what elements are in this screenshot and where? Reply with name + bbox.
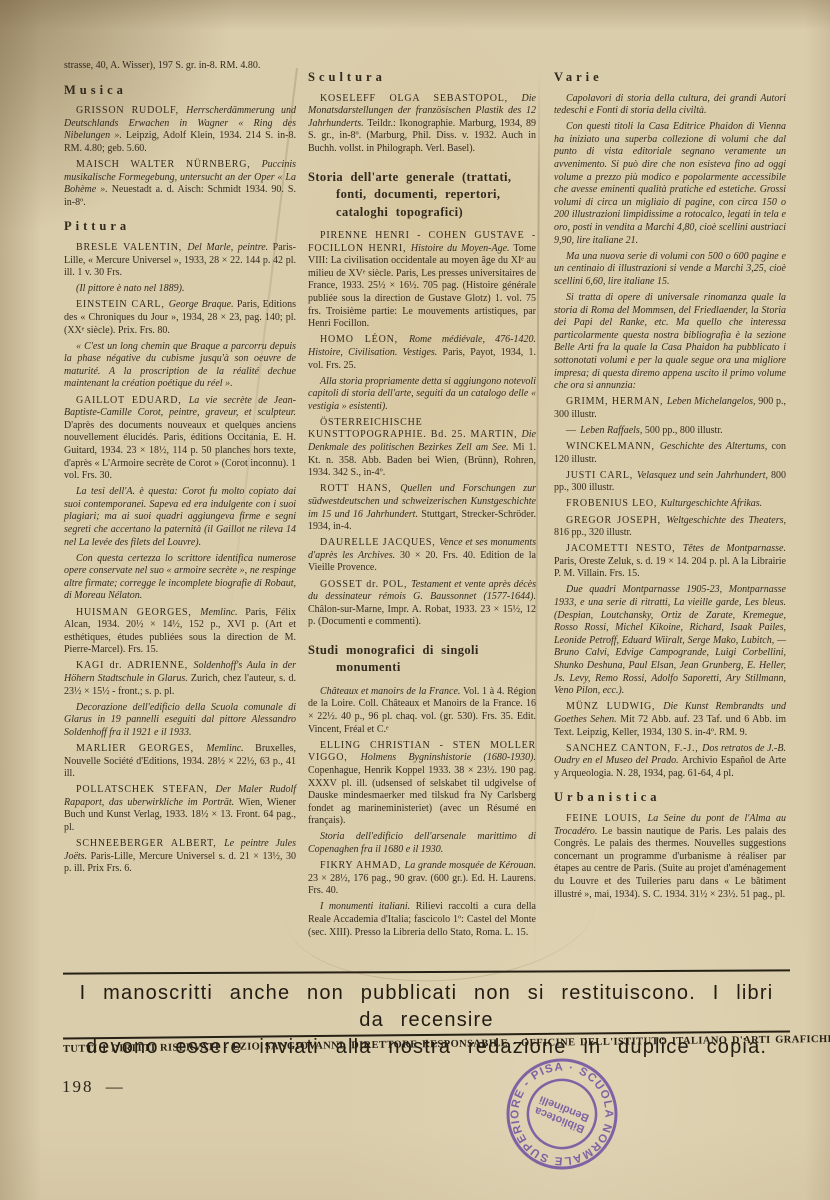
note-paragraph: (Il pittore è nato nel 1889).	[64, 283, 296, 296]
bib-entry: SANCHEZ CANTON, F.-J., Dos retratos de J…	[554, 743, 786, 781]
entry-author: BRESLE VALENTIN,	[76, 242, 187, 253]
bib-entry: SCHNEEBERGER ALBERT, Le peintre Jules Jo…	[64, 838, 296, 876]
entry-details: Paris-Lille, Mercure Universel s. d. 21 …	[64, 851, 296, 875]
entry-author: KAGI dr. ADRIENNE,	[76, 660, 193, 671]
section-heading: Studi monografici di singoli monumenti	[308, 642, 536, 677]
bib-entry: BRESLE VALENTIN, Del Marle, peintre. Par…	[64, 242, 296, 280]
bib-entry: JACOMETTI NESTO, Têtes de Montparnasse. …	[554, 543, 786, 581]
entry-author: POLLATSCHEK STEFAN,	[76, 784, 215, 795]
bib-entry: MAISCH WALTER NÜRNBERG, Puccinis musikal…	[64, 159, 296, 209]
entry-author: GAILLOT EDUARD,	[76, 395, 189, 406]
entry-title: Velasquez und sein Jahrhundert,	[637, 470, 771, 481]
entry-details: Copenhague, Henrik Koppel 1933. 38 × 23½…	[308, 765, 536, 826]
bib-entry: GAILLOT EDUARD, La vie secrète de Jean-B…	[64, 395, 296, 483]
entry-author: SCHNEEBERGER ALBERT,	[76, 838, 224, 849]
bib-entry: POLLATSCHEK STEFAN, Der Maler Rudolf Rap…	[64, 784, 296, 834]
note-paragraph: Ma una nuova serie di volumi con 500 o 6…	[554, 251, 786, 289]
entry-title: Weltgeschichte des Theaters,	[666, 515, 786, 526]
entry-title: Memlinc.	[206, 743, 255, 754]
bib-entry: WINCKELMANN, Geschichte des Altertums, c…	[554, 441, 786, 466]
entry-author: MARLIER GEORGES,	[76, 743, 206, 754]
bib-entry: ELLING CHRISTIAN - STEN MOLLER VIGGO, Ho…	[308, 740, 536, 828]
entry-details: Paris, Oreste Zeluk, s. d. 19 × 14. 204 …	[554, 556, 786, 580]
entry-author: SANCHEZ CANTON, F.-J.,	[566, 743, 702, 754]
scanned-journal-page: strasse, 40, A. Wisser), 197 S. gr. in-8…	[0, 0, 830, 1200]
continuation-paragraph: strasse, 40, A. Wisser), 197 S. gr. in-8…	[64, 60, 296, 73]
column-left: strasse, 40, A. Wisser), 197 S. gr. in-8…	[64, 60, 296, 943]
bib-entry: MÜNZ LUDWIG, Die Kunst Rembrandts und Go…	[554, 701, 786, 739]
entry-details: Tome VIII: La civilisation occidentale a…	[308, 243, 536, 330]
entry-title: George Braque.	[169, 299, 237, 310]
column-middle: SculturaKOSELEFF OLGA SEBASTOPOL, Die Mo…	[308, 60, 536, 943]
entry-author: FEINE LOUIS,	[566, 813, 648, 824]
text-columns: strasse, 40, A. Wisser), 197 S. gr. in-8…	[64, 60, 786, 943]
note-paragraph: La tesi dell'A. è questa: Corot fu molto…	[64, 486, 296, 549]
section-heading: Scultura	[308, 71, 536, 84]
note-paragraph: Decorazione dell'edificio della Scuola c…	[64, 702, 296, 740]
entry-author: GRISSON RUDOLF,	[76, 105, 186, 116]
bib-entry: HUISMAN GEORGES, Memlinc. Paris, Félix A…	[64, 607, 296, 657]
bib-entry: GRIMM, HERMAN, Leben Michelangelos, 900 …	[554, 396, 786, 421]
bib-entry: PIRENNE HENRI - COHEN GUSTAVE - FOCILLON…	[308, 230, 536, 331]
page-number: 198 —	[62, 1077, 125, 1097]
entry-author: HOMO LÉON,	[320, 334, 409, 345]
entry-author: ROTT HANS,	[320, 483, 400, 494]
section-heading: Storia dell'arte generale (trattati, fon…	[308, 169, 536, 222]
bib-entry: KAGI dr. ADRIENNE, Soldenhoff's Aula in …	[64, 660, 296, 698]
entry-author: DAURELLE JACQUES,	[320, 537, 439, 548]
note-paragraph: Capolavori di storia della cultura, dei …	[554, 93, 786, 118]
entry-author: MAISCH WALTER NÜRNBERG,	[76, 159, 262, 170]
column-right: VarieCapolavori di storia della cultura,…	[554, 60, 786, 943]
bib-entry: HOMO LÉON, Rome médiévale, 476-1420. His…	[308, 334, 536, 372]
entry-author: EINSTEIN CARL,	[76, 299, 169, 310]
note-paragraph: Con questi titoli la Casa Editrice Phaid…	[554, 121, 786, 247]
entry-title: Têtes de Montparnasse.	[683, 543, 786, 554]
entry-title: Leben Michelangelos,	[667, 396, 758, 407]
bib-entry: KOSELEFF OLGA SEBASTOPOL, Die Monatsdars…	[308, 93, 536, 156]
entry-author: MÜNZ LUDWIG,	[566, 701, 663, 712]
entry-title: Histoire du Moyen-Age.	[411, 243, 513, 254]
entry-title: Del Marle, peintre.	[187, 242, 272, 253]
note-paragraph: Due quadri Montparnasse 1905-23, Montpar…	[554, 584, 786, 697]
bib-entry: MARLIER GEORGES, Memlinc. Bruxelles, Nou…	[64, 743, 296, 781]
entry-author: JUSTI CARL,	[566, 470, 637, 481]
entry-details: 816 pp., 320 illustr.	[554, 527, 632, 538]
entry-author: GRIMM, HERMAN,	[566, 396, 667, 407]
bib-entry: — Leben Raffaels, 500 pp., 800 illustr.	[554, 425, 786, 438]
entry-author: KOSELEFF OLGA SEBASTOPOL,	[320, 93, 522, 104]
note-paragraph: Con questa certezza lo scrittore identif…	[64, 553, 296, 603]
entry-author: FROBENIUS LEO,	[566, 498, 661, 509]
bib-entry: ROTT HANS, Quellen und Forschungen zur s…	[308, 483, 536, 533]
bib-entry: GOSSET dr. POL, Testament et vente après…	[308, 579, 536, 629]
note-paragraph: Si tratta di opere di universale rinoman…	[554, 292, 786, 393]
bib-entry: Châteaux et manoirs de la France. Vol. 1…	[308, 686, 536, 736]
entry-author: JACOMETTI NESTO,	[566, 543, 683, 554]
entry-title: Holmens Bygninshistorie (1680-1930).	[361, 752, 536, 763]
entry-author: HUISMAN GEORGES,	[76, 607, 200, 618]
entry-title: Geschichte des Altertums,	[660, 441, 772, 452]
section-heading: Musica	[64, 84, 296, 97]
entry-title: Memlinc.	[200, 607, 245, 618]
entry-author: GREGOR JOSEPH,	[566, 515, 666, 526]
entry-author: WINCKELMANN,	[566, 441, 660, 452]
entry-details: 500 pp., 800 illustr.	[645, 425, 723, 436]
section-heading: Varie	[554, 71, 786, 84]
entry-author: GOSSET dr. POL,	[320, 579, 411, 590]
bib-entry: FROBENIUS LEO, Kulturgeschichte Afrikas.	[554, 498, 786, 511]
entry-title: Kulturgeschichte Afrikas.	[661, 498, 763, 509]
library-stamp: SCUOLA NORMALE SUPERIORE - PISA · Biblio…	[501, 1053, 623, 1175]
bib-entry: JUSTI CARL, Velasquez und sein Jahrhunde…	[554, 470, 786, 495]
bib-entry: ÖSTERREICHISCHE KUNSTTOPOGRAPHIE. Bd. 25…	[308, 417, 536, 480]
bib-entry: DAURELLE JACQUES, Vence et ses monuments…	[308, 537, 536, 575]
entry-title: Leben Raffaels,	[580, 425, 645, 436]
entry-title: Châteaux et manoirs de la France.	[320, 686, 463, 697]
bib-entry: GREGOR JOSEPH, Weltgeschichte des Theate…	[554, 515, 786, 540]
note-paragraph: Alla storia propriamente detta si aggiun…	[308, 376, 536, 414]
bib-entry: EINSTEIN CARL, George Braque. Paris, Edi…	[64, 299, 296, 337]
entry-details: D'après des documents nouveaux et quelqu…	[64, 420, 296, 481]
section-heading: Urbanistica	[554, 791, 786, 804]
section-heading: Pittura	[64, 220, 296, 233]
bib-entry: GRISSON RUDOLF, Herrscherdämmerung und D…	[64, 105, 296, 155]
submission-notice-line1: I manoscritti anche non pubblicati non s…	[63, 980, 790, 1034]
entry-author: —	[566, 425, 580, 436]
entry-details: Châlon-sur-Marne, Impr. A. Robat, 1933. …	[308, 604, 536, 628]
entry-author: ÖSTERREICHISCHE KUNSTTOPOGRAPHIE. Bd. 25…	[308, 417, 522, 441]
